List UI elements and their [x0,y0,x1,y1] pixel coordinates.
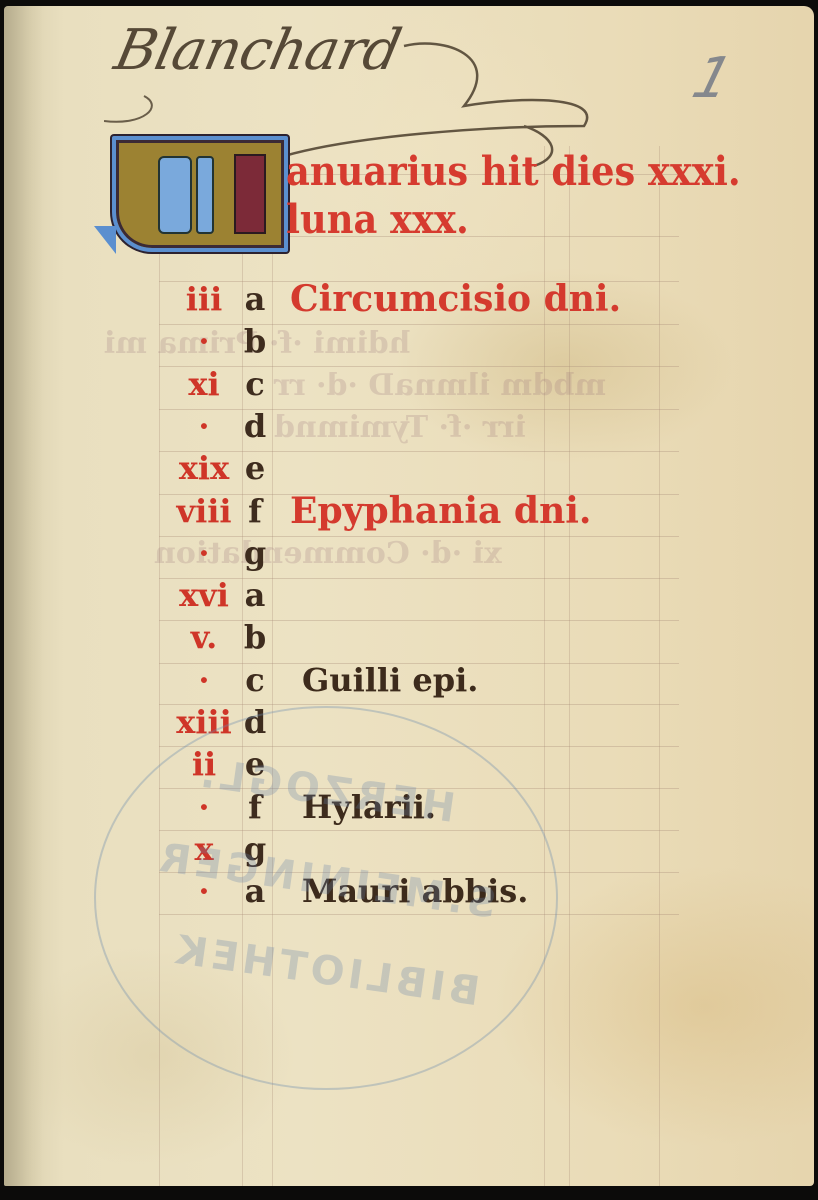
golden-number: xi [164,363,244,405]
calendar-row: viiifEpyphania dni. [4,490,814,532]
initial-tail [94,226,116,254]
illuminated-initial [112,136,288,252]
dominical-letter: c [240,363,270,405]
golden-number: · [164,532,244,574]
feast-entry: Epyphania dni. [290,490,591,532]
golden-number: xvi [164,574,244,616]
initial-blue-stroke [158,156,192,234]
stamp-line: BIBLIOTHEK [95,916,557,1026]
calendar-row: ·d [4,405,814,447]
dominical-letter: d [240,405,270,447]
golden-number: viii [164,490,244,532]
calendar-row: iiiaCircumcisio dni. [4,278,814,320]
calendar-row: ·cGuilli epi. [4,659,814,701]
golden-number: · [164,320,244,362]
dominical-letter: f [240,490,270,532]
dominical-letter: a [240,574,270,616]
month-heading-line1: anuarius hit dies xxxi. [286,148,741,195]
calendar-row: ·g [4,532,814,574]
feast-entry: Guilli epi. [302,659,478,701]
golden-number: xix [164,447,244,489]
manuscript-page: hdimi ·f· Prima mi mbdm ilmnaD ·d· rr ir… [4,6,814,1186]
golden-number: · [164,659,244,701]
ownership-inscription: Blanchard [109,18,406,83]
calendar-row: xic [4,363,814,405]
dominical-letter: e [240,447,270,489]
calendar-row: xixe [4,447,814,489]
calendar-row: v.b [4,616,814,658]
folio-number: 1 [679,46,745,111]
library-stamp: HERZOGL. S.MEININGER BIBLIOTHEK [94,706,558,1090]
initial-blue-stroke [196,156,214,234]
dominical-letter: b [240,320,270,362]
golden-number: iii [164,278,244,320]
month-heading-line2: luna xxx. [286,196,469,243]
dominical-letter: b [240,616,270,658]
dominical-letter: g [240,532,270,574]
golden-number: v. [164,616,244,658]
dominical-letter: a [240,278,270,320]
dominical-letter: c [240,659,270,701]
calendar-row: ·b [4,320,814,362]
stamp-line: S.MEININGER [95,826,557,936]
initial-red-stroke [234,154,266,234]
feast-entry: Circumcisio dni. [290,278,621,320]
golden-number: · [164,405,244,447]
calendar-row: xvia [4,574,814,616]
